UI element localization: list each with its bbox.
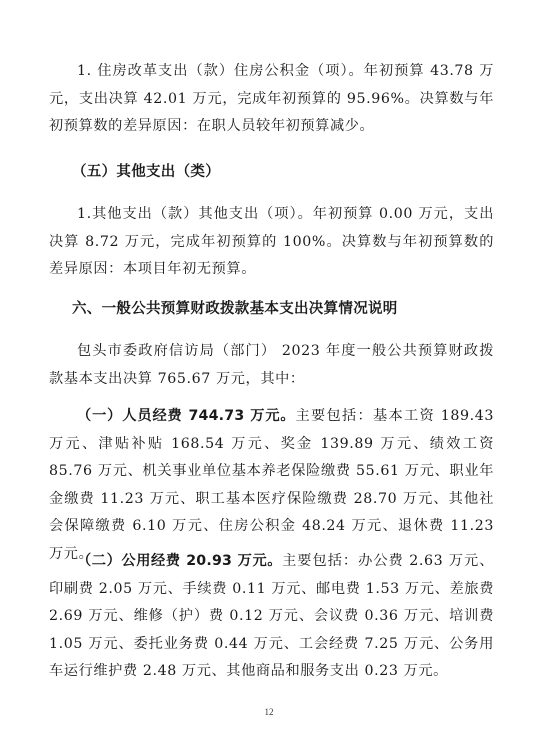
personnel-expenses-label: （一）人员经费 744.73 万元。 <box>77 408 296 424</box>
other-expenditure-heading: （五）其他支出（类） <box>72 160 220 181</box>
personnel-expenses-paragraph: （一）人员经费 744.73 万元。主要包括：基本工资 189.43 万元、津贴… <box>49 403 494 568</box>
personnel-expenses-detail: 主要包括：基本工资 189.43 万元、津贴补贴 168.54 万元、奖金 13… <box>49 408 494 562</box>
public-expenses-paragraph: （二）公用经费 20.93 万元。主要包括：办公费 2.63 万元、印刷费 2.… <box>49 548 494 686</box>
section-six-heading: 六、一般公共预算财政拨款基本支出决算情况说明 <box>72 297 398 318</box>
section-six-intro: 包头市委政府信访局（部门） 2023 年度一般公共预算财政拨款基本支出决算 76… <box>49 338 494 393</box>
page-number: 12 <box>0 707 538 717</box>
other-expenditure-paragraph: 1.其他支出（款）其他支出（项）。年初预算 0.00 万元，支出决算 8.72 … <box>49 201 494 284</box>
document-page: 1. 住房改革支出（款）住房公积金（项）。年初预算 43.78 万元，支出决算 … <box>0 0 538 753</box>
public-expenses-detail: 主要包括：办公费 2.63 万元、印刷费 2.05 万元、手续费 0.11 万元… <box>49 553 494 679</box>
public-expenses-label: （二）公用经费 20.93 万元。 <box>77 553 282 569</box>
housing-fund-paragraph: 1. 住房改革支出（款）住房公积金（项）。年初预算 43.78 万元，支出决算 … <box>49 58 494 141</box>
